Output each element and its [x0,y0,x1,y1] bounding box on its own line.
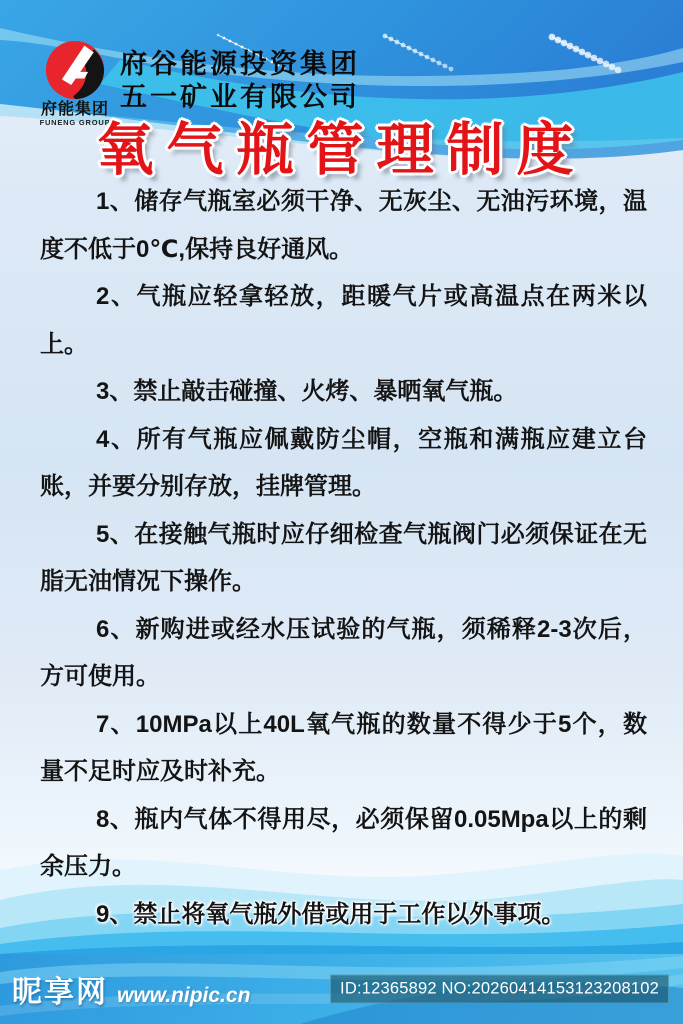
funeng-logo-icon [45,40,105,100]
rules-list: 1、储存气瓶室必须干净、无灰尘、无油污环境，温度不低于0℃,保持良好通风。2、气… [40,178,647,938]
site-brand: 昵享网 www.nipic.cn [12,967,250,1011]
rule-item: 7、10MPa以上40L氧气瓶的数量不得少于5个，数量不足时应及时补充。 [40,701,647,796]
footer-bar: 昵享网 www.nipic.cn ID:12365892 NO:20260414… [0,954,683,1024]
rule-item: 5、在接触气瓶时应仔细检查气瓶阀门必须保证在无脂无油情况下操作。 [40,511,647,606]
site-name: 昵享网 [12,967,108,1011]
rule-item: 3、禁止敲击碰撞、火烤、暴晒氧气瓶。 [40,368,647,416]
page-title: 氧气瓶管理制度 [0,104,683,186]
rule-item: 8、瓶内气体不得用尽，必须保留0.05Mpa以上的剩余压力。 [40,796,647,891]
rule-item: 1、储存气瓶室必须干净、无灰尘、无油污环境，温度不低于0℃,保持良好通风。 [40,178,647,273]
poster: 府能集团 FUNENG GROUP 府谷能源投资集团 五一矿业有限公司 氧气瓶管… [0,0,683,1024]
company-line-1: 府谷能源投资集团 [120,48,360,81]
rule-item: 4、所有气瓶应佩戴防尘帽，空瓶和满瓶应建立台账，并要分别存放，挂牌管理。 [40,416,647,511]
id-badge: ID:12365892 NO:20260414153123208102 [330,975,669,1004]
site-url: www.nipic.cn [117,984,250,1008]
rule-item: 2、气瓶应轻拿轻放，距暖气片或高温点在两米以上。 [40,273,647,368]
rule-item: 6、新购进或经水压试验的气瓶，须稀释2-3次后，方可使用。 [40,606,647,701]
rule-item: 9、禁止将氧气瓶外借或用于工作以外事项。 [40,891,647,939]
